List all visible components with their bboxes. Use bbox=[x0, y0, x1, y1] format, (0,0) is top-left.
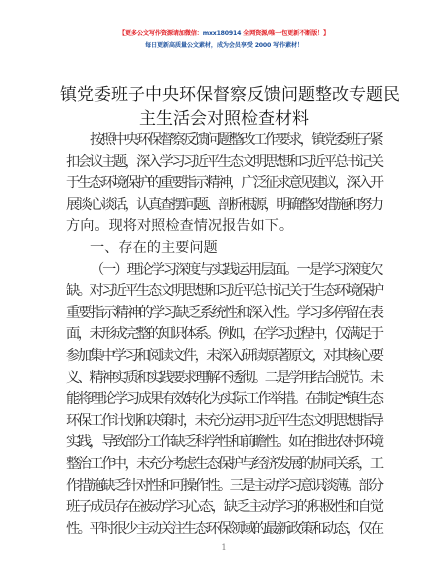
body-line: 作措施缺乏针对性和可操作性。三是主动学习意识淡薄。部分 bbox=[66, 476, 384, 498]
body-line: 整治工作中，未充分考虑生态保护与经济发展的协同关系，工 bbox=[66, 454, 384, 476]
body-line: 能将理论学习成果有效转化为实际工作举措。在制定*镇生态 bbox=[66, 389, 384, 411]
document-title: 镇党委班子中央环保督察反馈问题整改专题民 主生活会对照检查材料 bbox=[60, 83, 388, 131]
body-line: 实践，导致部分工作缺乏科学性和前瞻性。如在推进农村环境 bbox=[66, 432, 384, 454]
promo-banner-line-1: 【更多公文写作资源请加微信：mxx180914 全网资源/唯一包更新不断版！】 bbox=[0, 30, 448, 38]
promo-text-red-start: 【更多公文写作资源请加微信： bbox=[119, 30, 203, 37]
body-line: 面，未形成完整的知识体系。例如，在学习过程中，仅满足于 bbox=[66, 324, 384, 346]
body-line: 扣会议主题，深入学习习近平生态文明思想和习近平总书记关 bbox=[66, 152, 384, 174]
section-heading: 一、存在的主要问题 bbox=[66, 238, 384, 260]
document-page: 【更多公文写作资源请加微信：mxx180914 全网资源/唯一包更新不断版！】 … bbox=[0, 0, 448, 580]
body-line: 于生态环境保护的重要指示精神，广泛征求意见建议，深入开 bbox=[66, 173, 384, 195]
body-line: 方向。现将对照检查情况报告如下。 bbox=[66, 216, 384, 238]
promo-text-red-end: 全网资源/唯一包更新不断版！】 bbox=[241, 30, 329, 37]
page-number: 1 bbox=[0, 542, 448, 554]
document-body: 按照中央环保督察反馈问题整改工作要求，镇党委班子紧扣会议主题，深入学习习近平生态… bbox=[66, 130, 384, 540]
title-line-1: 镇党委班子中央环保督察反馈问题整改专题民 bbox=[60, 83, 388, 107]
promo-banner-line-2: 每日更新高质量公文素材，成为会员享受 2000 写作素材！ bbox=[0, 42, 448, 50]
body-line: 环保工作计划和决策时，未充分运用习近平生态文明思想指导 bbox=[66, 411, 384, 433]
body-line: 缺。对习近平生态文明思想和习近平总书记关于生态环境保护 bbox=[66, 281, 384, 303]
body-line: 重要指示精神的学习缺乏系统性和深入性。学习多停留在表 bbox=[66, 303, 384, 325]
body-line: 按照中央环保督察反馈问题整改工作要求，镇党委班子紧 bbox=[66, 130, 384, 152]
body-line: 性。平时很少主动关注生态环保领域的最新政策和动态，仅在 bbox=[66, 519, 384, 541]
body-line: 展谈心谈话，认真查摆问题、剖析根源，明确整改措施和努力 bbox=[66, 195, 384, 217]
promo-wechat-id: mxx180914 bbox=[203, 30, 241, 37]
body-line: 义、精神实质和实践要求理解不透彻。二是学用结合脱节。未 bbox=[66, 368, 384, 390]
body-line: 班子成员存在被动学习心态，缺乏主动学习的积极性和自觉 bbox=[66, 497, 384, 519]
body-line: 参加集中学习和阅读文件，未深入研读原著原文，对其核心要 bbox=[66, 346, 384, 368]
title-line-2: 主生活会对照检查材料 bbox=[60, 107, 388, 131]
body-line: （一）理论学习深度与实践运用层面。一是学习深度欠 bbox=[66, 260, 384, 282]
